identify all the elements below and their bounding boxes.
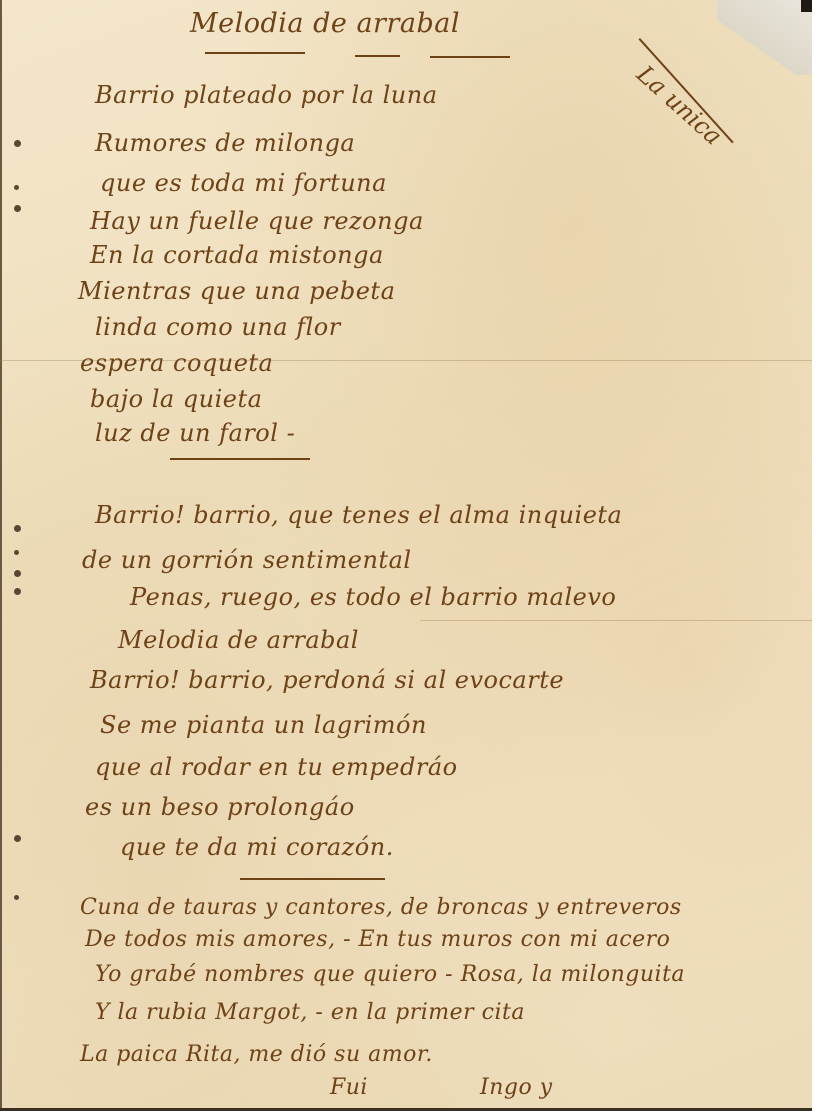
folded-corner [717, 0, 812, 75]
binding-hole [14, 835, 21, 842]
lyric-line: Penas, ruego, es todo el barrio malevo [130, 582, 616, 612]
paper-crease [420, 620, 812, 621]
stanza-divider [240, 878, 385, 880]
lyric-line: Rumores de milonga [95, 128, 355, 158]
signature-part: Fui [330, 1075, 368, 1100]
binding-hole [14, 140, 21, 147]
binding-hole [14, 185, 19, 190]
binding-hole [14, 570, 21, 577]
lyric-line: La paica Rita, me dió su amor. [80, 1040, 433, 1070]
lyric-line: luz de un farol - [95, 418, 295, 448]
lyric-line: linda como una flor [95, 312, 341, 342]
lyric-line: Mientras que una pebeta [78, 276, 395, 306]
title-underline [205, 52, 305, 54]
lyric-line: Cuna de tauras y cantores, de broncas y … [80, 893, 682, 923]
stanza-divider [170, 458, 310, 460]
lyrics-title: Melodia de arrabal [190, 8, 460, 39]
lyric-line: que es toda mi fortuna [100, 168, 387, 198]
binding-hole [14, 550, 19, 555]
binding-hole [14, 895, 19, 900]
lyric-line: Se me pianta un lagrimón [100, 710, 427, 740]
lyric-line: Barrio! barrio, perdoná si al evocarte [90, 665, 564, 695]
corner-annotation: La unica [631, 60, 727, 151]
lyric-line: Barrio! barrio, que tenes el alma inquie… [95, 500, 622, 530]
lyric-line: Barrio plateado por la luna [95, 80, 438, 110]
signature-part: Ingo y [480, 1075, 553, 1100]
title-underline [355, 55, 400, 57]
lyric-line: En la cortada mistonga [90, 240, 384, 270]
lyric-line: espera coqueta [80, 348, 273, 378]
lyric-line: Hay un fuelle que rezonga [90, 206, 424, 236]
lyric-line: De todos mis amores, - En tus muros con … [85, 925, 670, 955]
lyric-line: que te da mi corazón. [120, 832, 394, 862]
aged-paper-sheet: Melodia de arrabal La unica Barrio plate… [0, 0, 812, 1111]
lyric-line: Melodia de arrabal [118, 625, 359, 655]
lyric-line: Yo grabé nombres que quiero - Rosa, la m… [95, 960, 685, 990]
binding-hole [14, 205, 21, 212]
lyric-line: bajo la quieta [90, 384, 262, 414]
lyric-line: es un beso prolongáo [85, 792, 355, 822]
title-underline [430, 56, 510, 58]
binding-hole [14, 525, 21, 532]
lyric-line: que al rodar en tu empedráo [95, 752, 458, 782]
lyric-line: de un gorrión sentimental [82, 545, 412, 575]
scan-edge [801, 0, 812, 12]
binding-hole [14, 588, 21, 595]
lyric-line: Y la rubia Margot, - en la primer cita [95, 998, 525, 1028]
